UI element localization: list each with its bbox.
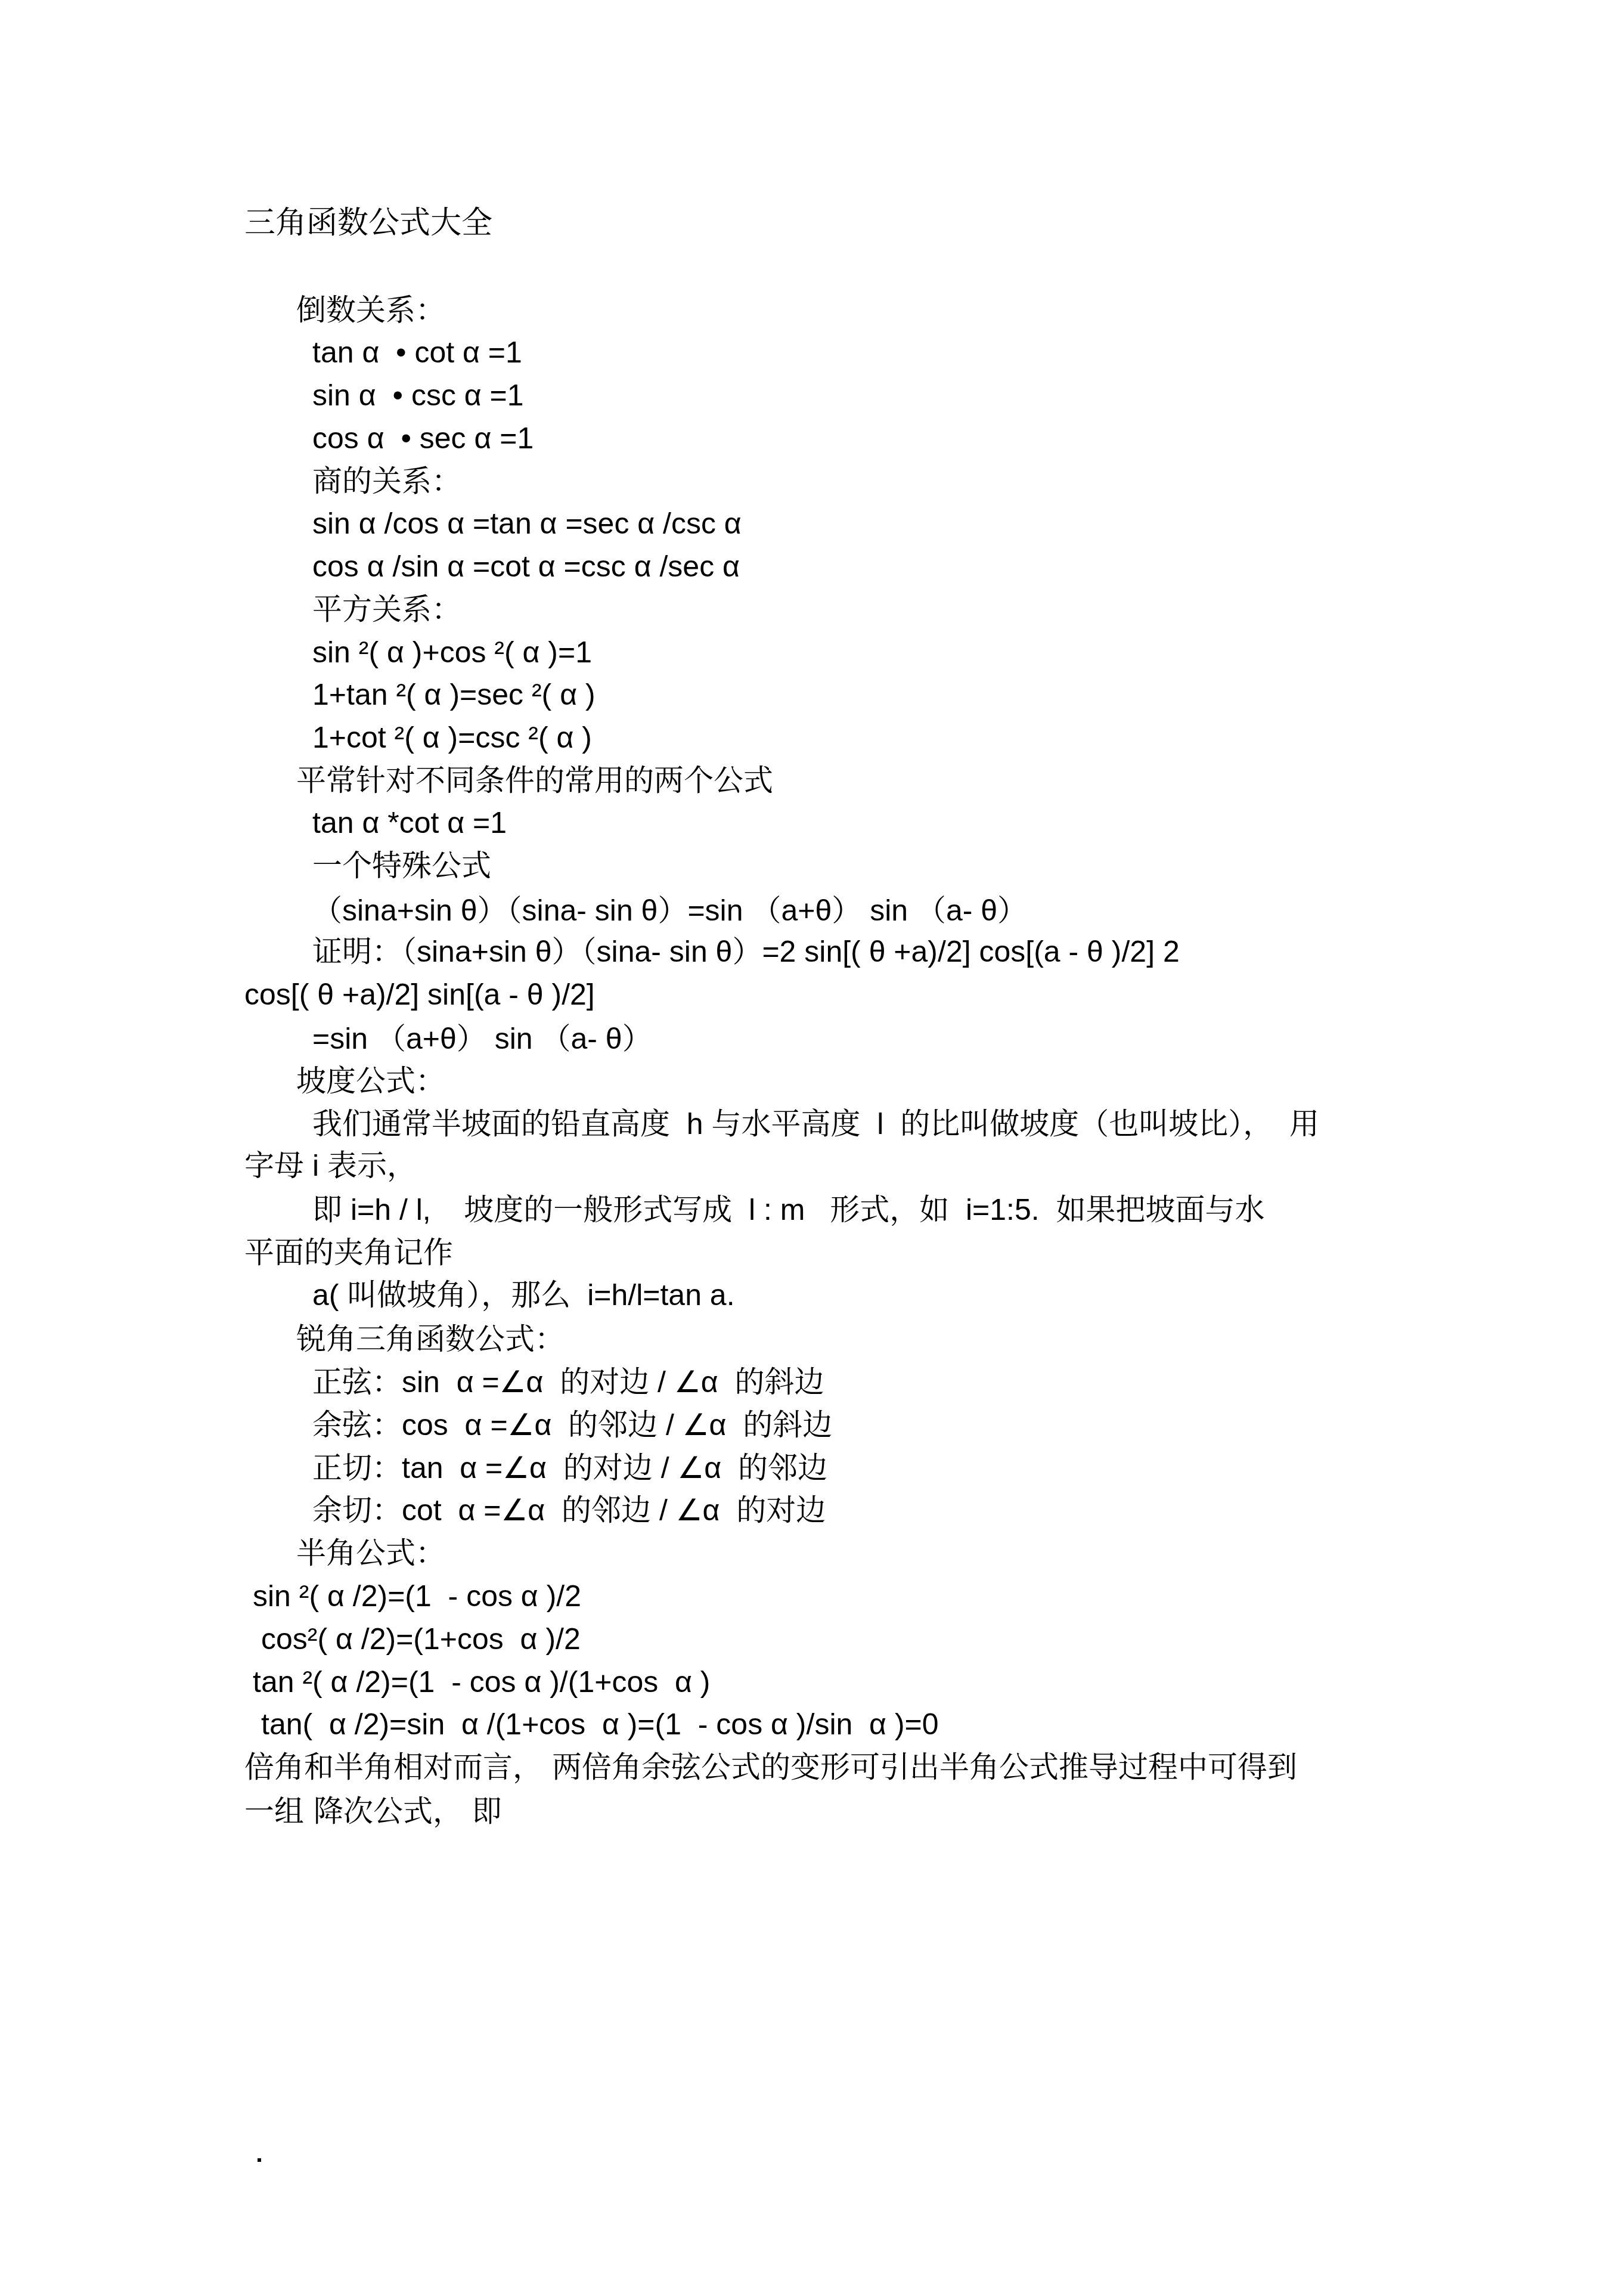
text-line: cos α • sec α =1 — [312, 420, 534, 456]
text-line: tan α • cot α =1 — [312, 334, 522, 370]
text-line: 平面的夹角记作 — [244, 1235, 453, 1271]
text-line: sin α /cos α =tan α =sec α /csc α — [312, 506, 742, 541]
text-line: 正切：tan α =∠α 的对边 / ∠α 的邻边 — [312, 1450, 827, 1486]
text-line: 正弦：sin α =∠α 的对边 / ∠α 的斜边 — [312, 1364, 824, 1400]
text-line: cos α /sin α =cot α =csc α /sec α — [312, 549, 740, 584]
section-heading: 平常针对不同条件的常用的两个公式 — [296, 763, 773, 798]
text-line: 证明：（sina+sin θ）（sina- sin θ）=2 sin[( θ +… — [312, 934, 1180, 969]
text-line: =sin （a+θ） sin （a- θ） — [312, 1021, 652, 1056]
section-heading: 平方关系： — [312, 591, 461, 627]
text-line: tan( α /2)=sin α /(1+cos α )=(1 - cos α … — [261, 1706, 939, 1742]
text-line: cos[( θ +a)/2] sin[(a - θ )/2] — [244, 977, 595, 1012]
text-line: 余弦：cos α =∠α 的邻边 / ∠α 的斜边 — [312, 1407, 832, 1443]
text-line: tan α *cot α =1 — [312, 805, 507, 841]
text-line: 一组 降次公式， 即 — [244, 1793, 502, 1829]
text-line: a( 叫做坡角），那么 i=h/l=tan a. — [312, 1277, 735, 1313]
section-heading: 一个特殊公式 — [312, 848, 491, 884]
text-line: sin ²( α /2)=(1 - cos α )/2 — [253, 1578, 581, 1614]
document-page: 三角函数公式大全 倒数关系：tan α • cot α =1sin α • cs… — [0, 0, 1622, 2296]
section-heading: 倒数关系： — [296, 292, 445, 328]
text-line: 余切：cot α =∠α 的邻边 / ∠α 的对边 — [312, 1492, 826, 1528]
text-line: （sina+sin θ）（sina- sin θ）=sin （a+θ） sin … — [312, 893, 1027, 928]
text-line: 字母 i 表示， — [244, 1148, 417, 1183]
text-line: 即 i=h / l, 坡度的一般形式写成 l : m 形式，如 i=1:5. 如… — [312, 1192, 1264, 1228]
text-line: cos²( α /2)=(1+cos α )/2 — [261, 1621, 581, 1657]
text-line: tan ²( α /2)=(1 - cos α )/(1+cos α ) — [253, 1664, 710, 1700]
text-line: 1+tan ²( α )=sec ²( α ) — [312, 677, 596, 712]
section-heading: 半角公式： — [296, 1535, 445, 1571]
section-heading: 商的关系： — [312, 463, 461, 499]
section-heading: 锐角三角函数公式： — [296, 1321, 565, 1357]
text-line: 倍角和半角相对而言， 两倍角余弦公式的变形可引出半角公式推导过程中可得到 — [244, 1749, 1297, 1785]
document-title: 三角函数公式大全 — [244, 205, 492, 241]
text-line: sin ²( α )+cos ²( α )=1 — [312, 634, 592, 670]
text-line: 我们通常半坡面的铅直高度 h 与水平高度 l 的比叫做坡度（也叫坡比）， 用 — [312, 1106, 1319, 1142]
text-line: 1+cot ²( α )=csc ²( α ) — [312, 720, 592, 755]
section-heading: 坡度公式： — [296, 1063, 445, 1099]
footer-dot — [258, 2158, 261, 2162]
text-line: sin α • csc α =1 — [312, 377, 524, 413]
